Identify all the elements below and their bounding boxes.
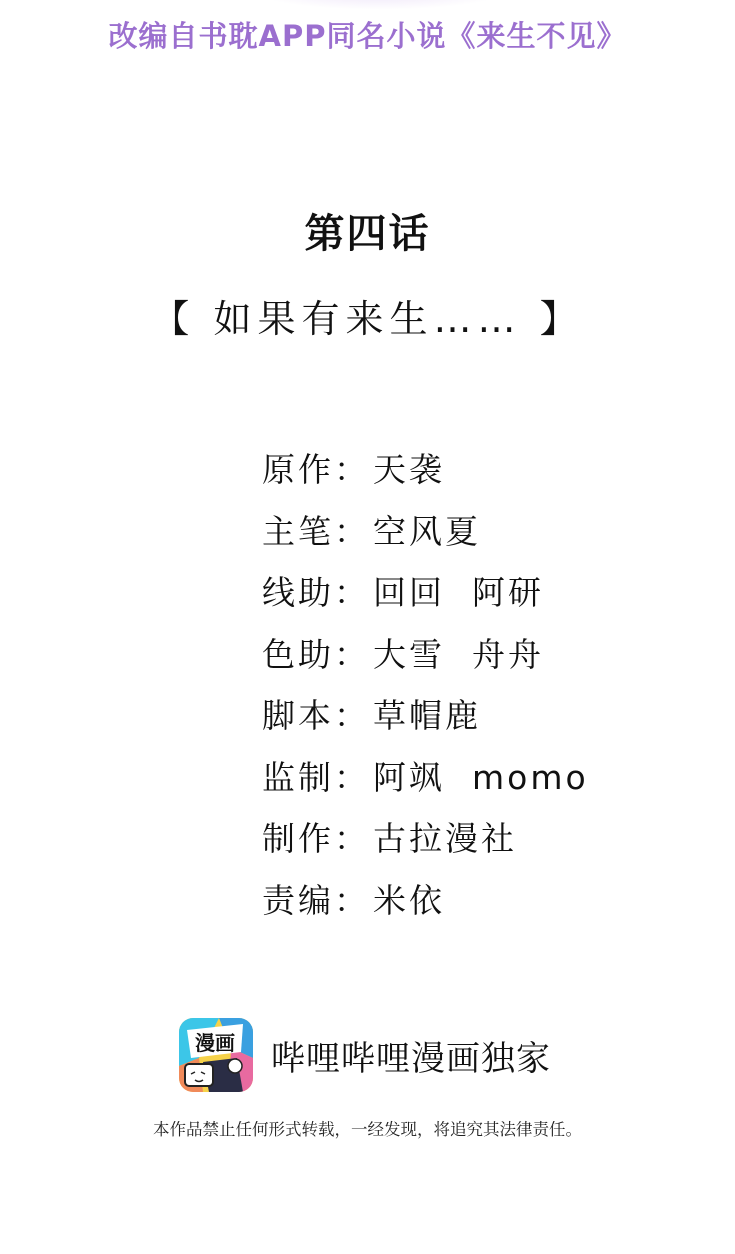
- credit-names: 阿飒 momo: [373, 758, 589, 820]
- credit-role: 责编: [262, 881, 334, 943]
- credit-role: 线助: [262, 573, 334, 635]
- credit-colon: ：: [334, 758, 367, 820]
- brand-label: 哔哩哔哩漫画独家: [271, 1031, 551, 1080]
- credit-colon: ：: [334, 819, 367, 881]
- credit-row: 监制：阿飒 momo: [262, 758, 589, 820]
- credit-row: 脚本：草帽鹿: [262, 696, 589, 758]
- credits-list: 原作：天袭 主笔：空风夏 线助：回回 阿研 色助：大雪 舟舟 脚本：草帽鹿 监制…: [262, 450, 589, 942]
- credit-colon: ：: [334, 696, 367, 758]
- brand-badge: 漫画 哔哩哔哩漫画独家: [179, 1018, 551, 1092]
- credit-row: 原作：天袭: [262, 450, 589, 512]
- credit-role: 监制: [262, 758, 334, 820]
- credit-role: 脚本: [262, 696, 334, 758]
- credit-names: 天袭: [373, 450, 445, 512]
- chapter-title: 【 如果有来生…… 】: [0, 288, 735, 343]
- credit-role: 色助: [262, 635, 334, 697]
- credit-colon: ：: [334, 512, 367, 574]
- credit-colon: ：: [334, 450, 367, 512]
- credit-row: 主笔：空风夏: [262, 512, 589, 574]
- adaptation-subtitle: 改编自书耽APP同名小说《来生不见》: [0, 14, 735, 55]
- credit-colon: ：: [334, 573, 367, 635]
- top-decoration: [250, 0, 510, 10]
- credit-row: 责编：米依: [262, 881, 589, 943]
- credit-names: 米依: [373, 881, 445, 943]
- credit-row: 制作：古拉漫社: [262, 819, 589, 881]
- credit-role: 制作: [262, 819, 334, 881]
- credit-row: 线助：回回 阿研: [262, 573, 589, 635]
- svg-text:漫画: 漫画: [195, 1031, 235, 1055]
- credit-row: 色助：大雪 舟舟: [262, 635, 589, 697]
- credit-colon: ：: [334, 635, 367, 697]
- credit-colon: ：: [334, 881, 367, 943]
- bilibili-comics-app-icon: 漫画: [179, 1018, 253, 1092]
- credit-names: 回回 阿研: [373, 573, 544, 635]
- chapter-number: 第四话: [0, 202, 735, 259]
- credit-role: 主笔: [262, 512, 334, 574]
- credit-role: 原作: [262, 450, 334, 512]
- copyright-notice: 本作品禁止任何形式转载，一经发现，将追究其法律责任。: [0, 1116, 735, 1140]
- credit-names: 草帽鹿: [373, 696, 481, 758]
- credit-names: 古拉漫社: [373, 819, 517, 881]
- credit-names: 大雪 舟舟: [373, 635, 544, 697]
- credit-names: 空风夏: [373, 512, 481, 574]
